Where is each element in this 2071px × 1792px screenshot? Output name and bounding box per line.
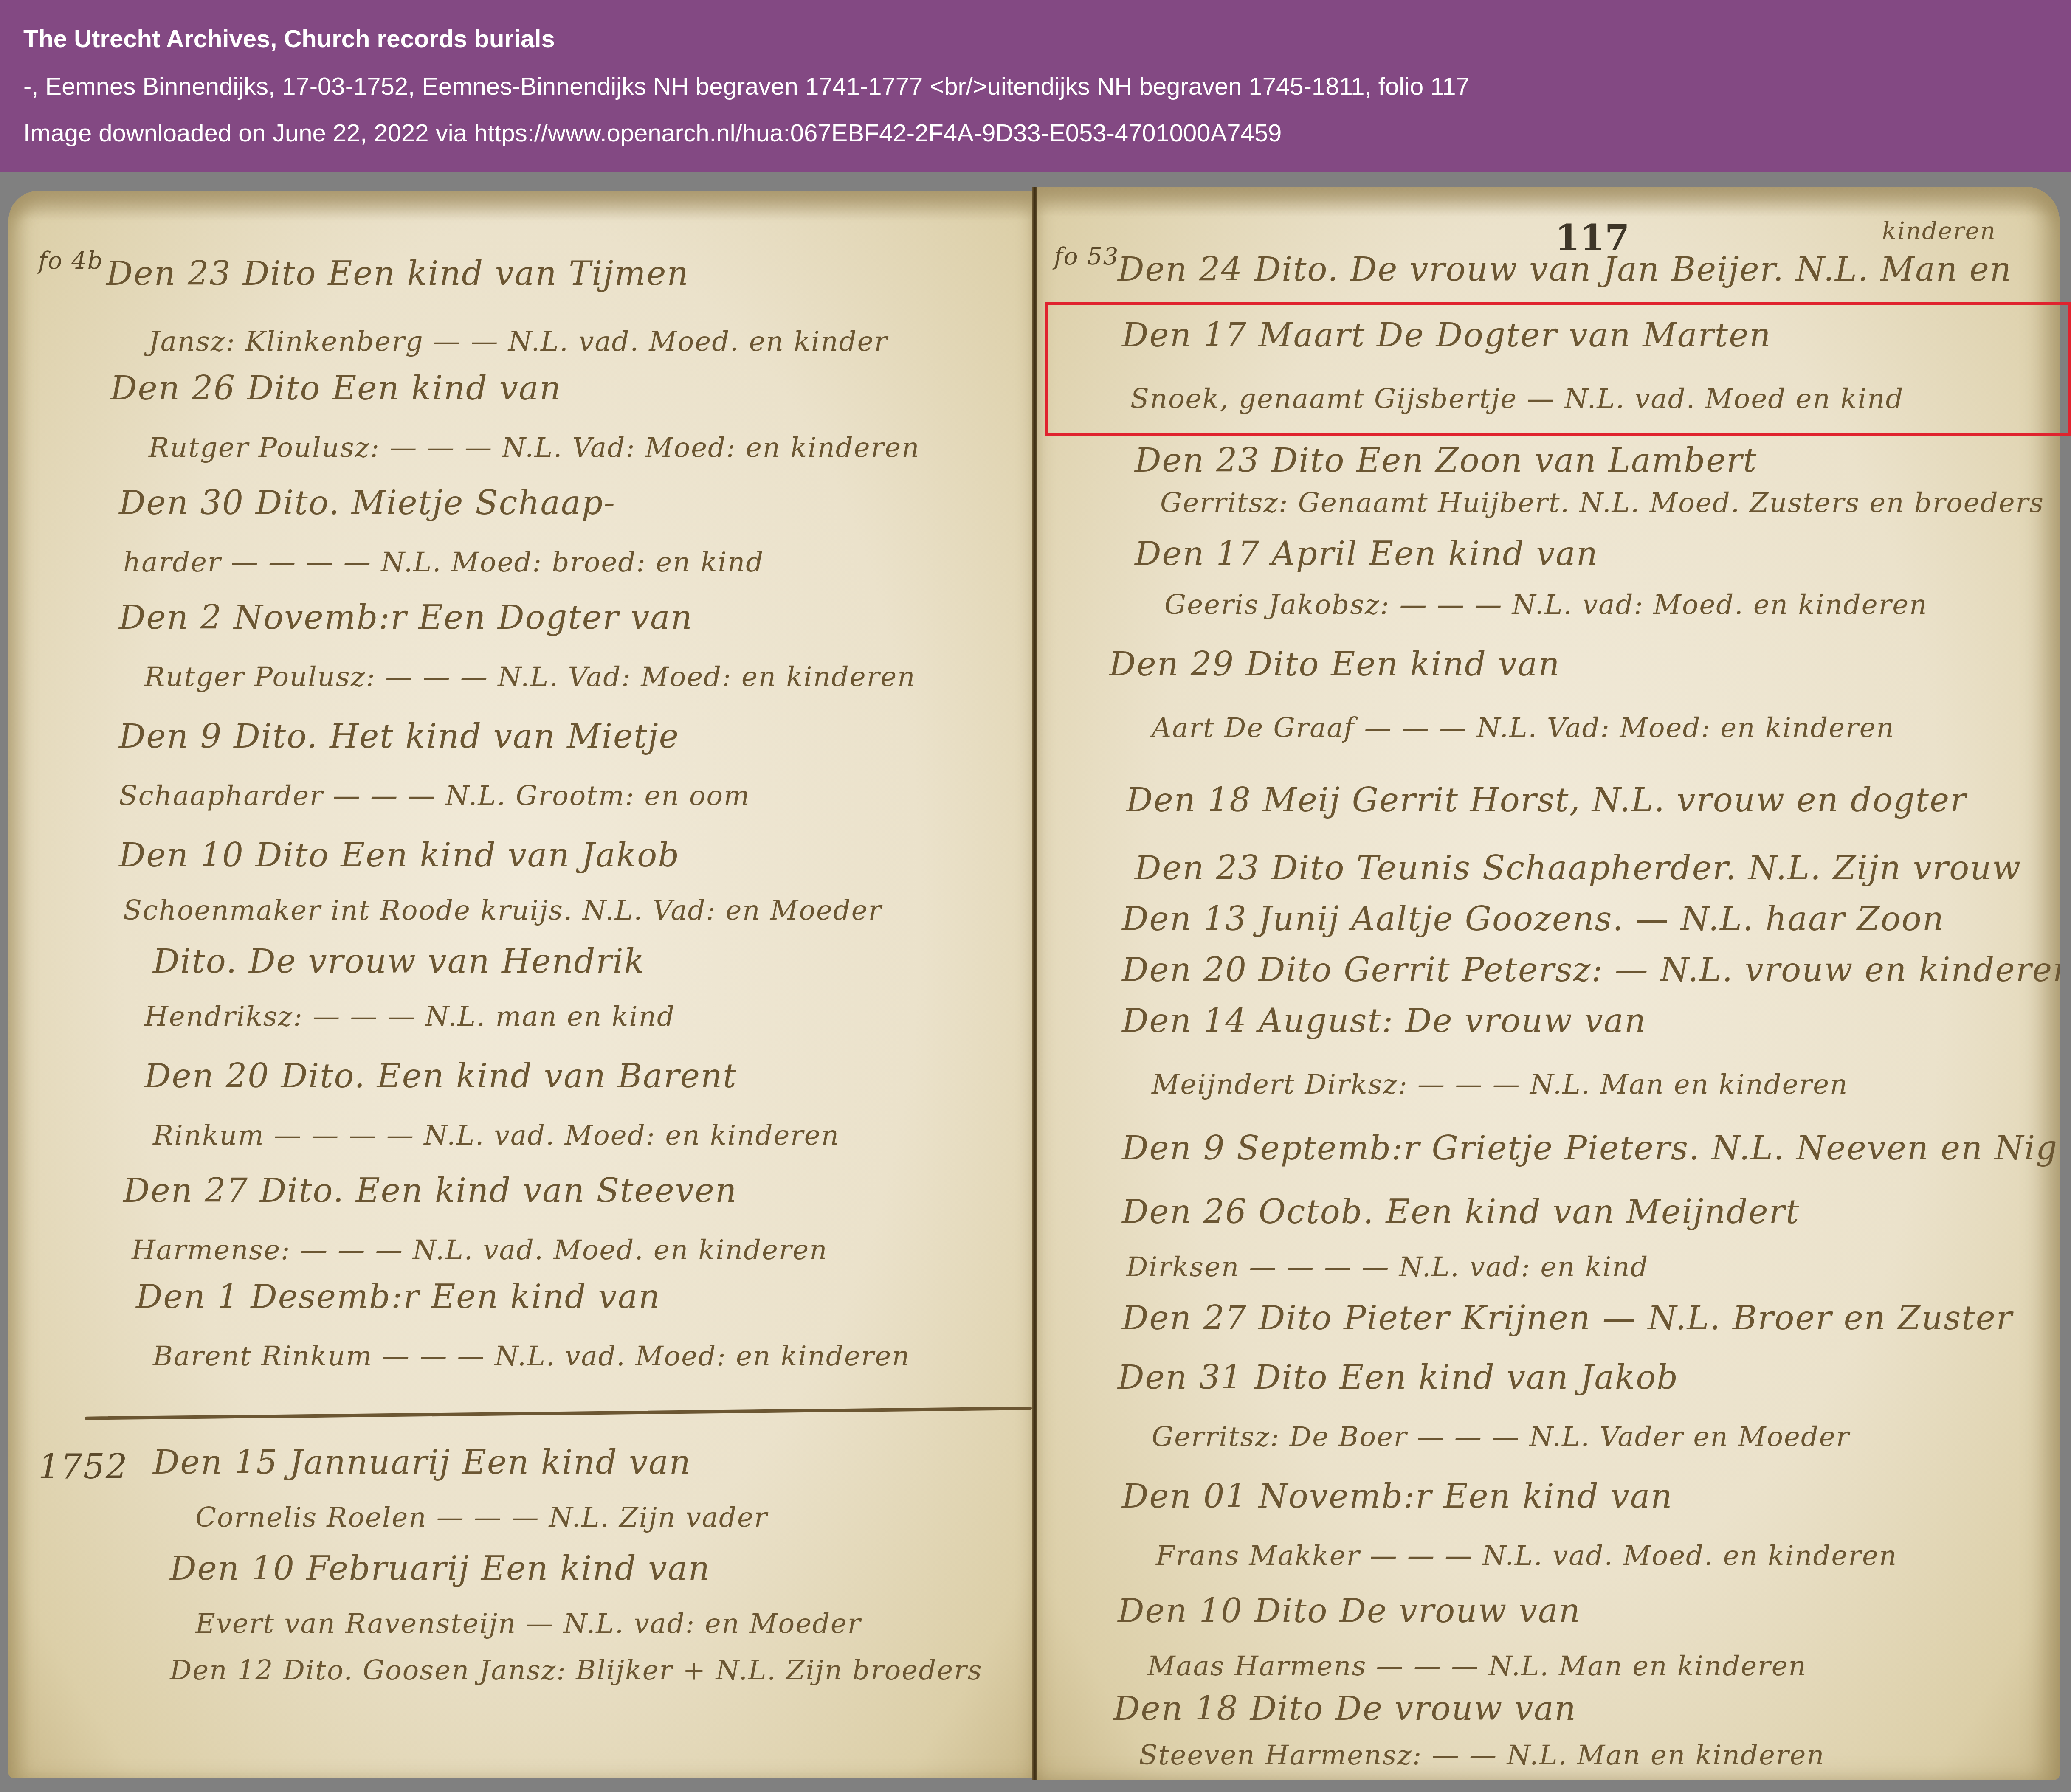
record-line: Den 26 Dito Een kind van <box>110 369 561 408</box>
record-line: Gerritsz: Genaamt Huijbert. N.L. Moed. Z… <box>1160 484 2044 522</box>
record-line: Den 30 Dito. Mietje Schaap- <box>119 484 616 522</box>
record-line: Den 13 Junij Aaltje Goozens. — N.L. haar… <box>1122 900 1944 938</box>
record-line: Den 9 Dito. Het kind van Mietje <box>119 717 679 756</box>
record-line: Maas Harmens — — — N.L. Man en kinderen <box>1147 1647 1807 1685</box>
record-line: Den 27 Dito. Een kind van Steeven <box>123 1172 737 1210</box>
record-line: Den 20 Dito Gerrit Petersz: — N.L. vrouw… <box>1122 951 2060 989</box>
download-source: Image downloaded on June 22, 2022 via ht… <box>23 118 1282 148</box>
record-line: Den 9 Septemb:r Grietje Pieters. N.L. Ne… <box>1122 1129 2060 1167</box>
year-marker: 1752 <box>38 1448 128 1486</box>
record-line: Evert van Ravensteijn — N.L. vad: en Moe… <box>195 1605 861 1643</box>
archive-title: The Utrecht Archives, Church records bur… <box>23 24 555 54</box>
record-line: Rinkum — — — — N.L. vad. Moed: en kinder… <box>153 1117 840 1155</box>
record-line: Frans Makker — — — N.L. vad. Moed. en ki… <box>1156 1537 1897 1575</box>
record-line: Den 23 Dito Een kind van Tijmen <box>106 255 689 293</box>
record-line: Schaapharder — — — N.L. Grootm: en oom <box>119 777 750 815</box>
record-line: Den 18 Dito De vrouw van <box>1113 1690 1577 1728</box>
record-line: Gerritsz: De Boer — — — N.L. Vader en Mo… <box>1152 1418 1850 1456</box>
year-divider-line <box>85 1407 1032 1420</box>
record-line: Den 17 April Een kind van <box>1135 535 1598 573</box>
record-line: Den 12 Dito. Goosen Jansz: Blijker + N.L… <box>170 1651 983 1690</box>
record-line: Meijndert Dirksz: — — — N.L. Man en kind… <box>1152 1066 1848 1104</box>
record-line: Den 14 August: De vrouw van <box>1122 1002 1646 1040</box>
highlighted-record-box <box>1045 302 2071 436</box>
record-line: Rutger Poulusz: — — — N.L. Vad: Moed: en… <box>149 429 920 467</box>
record-line: Steeven Harmensz: — — N.L. Man en kinder… <box>1139 1736 1825 1775</box>
margin-folio-note: fo 53 <box>1054 238 1119 276</box>
caption-header: The Utrecht Archives, Church records bur… <box>0 0 2071 172</box>
record-line: Den 31 Dito Een kind van Jakob <box>1118 1359 1679 1397</box>
record-line: Den 29 Dito Een kind van <box>1109 645 1560 684</box>
record-line: Den 10 Dito Een kind van Jakob <box>119 836 680 875</box>
record-line: Den 27 Dito Pieter Krijnen — N.L. Broer … <box>1122 1299 2013 1337</box>
record-line: Rutger Poulusz: — — — N.L. Vad: Moed: en… <box>144 658 916 696</box>
record-line: Aart De Graaf — — — N.L. Vad: Moed: en k… <box>1152 709 1895 747</box>
record-line: Den 2 Novemb:r Een Dogter van <box>119 599 693 637</box>
record-line: Den 15 Jannuarij Een kind van <box>153 1443 691 1482</box>
left-page: fo 4b Den 23 Dito Een kind van Tijmen Ja… <box>8 191 1034 1778</box>
record-line: Den 26 Octob. Een kind van Meijndert <box>1122 1193 1800 1231</box>
record-line: Hendriksz: — — — N.L. man en kind <box>144 998 675 1036</box>
record-line: Den 10 Februarij Een kind van <box>170 1550 710 1588</box>
record-line: Den 24 Dito. De vrouw van Jan Beijer. N.… <box>1118 250 2012 289</box>
record-line: Den 23 Dito Teunis Schaapherder. N.L. Zi… <box>1135 849 2021 887</box>
record-line: Den 20 Dito. Een kind van Barent <box>144 1057 737 1095</box>
record-line: Schoenmaker int Roode kruijs. N.L. Vad: … <box>123 892 882 930</box>
record-line: Den 18 Meij Gerrit Horst, N.L. vrouw en … <box>1126 781 1967 819</box>
record-line-overflow: kinderen <box>1882 212 1996 250</box>
record-line: Den 01 Novemb:r Een kind van <box>1122 1477 1673 1516</box>
torn-edge <box>8 191 1034 221</box>
record-line: harder — — — — N.L. Moed: broed: en kind <box>123 543 764 582</box>
record-line: Geeris Jakobsz: — — — N.L. vad: Moed. en… <box>1164 586 1927 624</box>
record-line: Den 23 Dito Een Zoon van Lambert <box>1135 442 1757 480</box>
record-description: -, Eemnes Binnendijks, 17-03-1752, Eemne… <box>23 72 1470 101</box>
margin-folio-note: fo 4b <box>38 242 104 280</box>
record-line: Barent Rinkum — — — N.L. vad. Moed: en k… <box>153 1337 910 1376</box>
record-line: Harmense: — — — N.L. vad. Moed. en kinde… <box>132 1231 828 1269</box>
record-line: Dirksen — — — — N.L. vad: en kind <box>1126 1248 1648 1286</box>
record-line: Dito. De vrouw van Hendrik <box>153 942 645 981</box>
record-line: Cornelis Roelen — — — N.L. Zijn vader <box>195 1499 768 1537</box>
record-line: Jansz: Klinkenberg — — N.L. vad. Moed. e… <box>149 323 888 361</box>
record-line: Den 1 Desemb:r Een kind van <box>136 1278 660 1316</box>
record-line: Den 10 Dito De vrouw van <box>1118 1592 1581 1630</box>
